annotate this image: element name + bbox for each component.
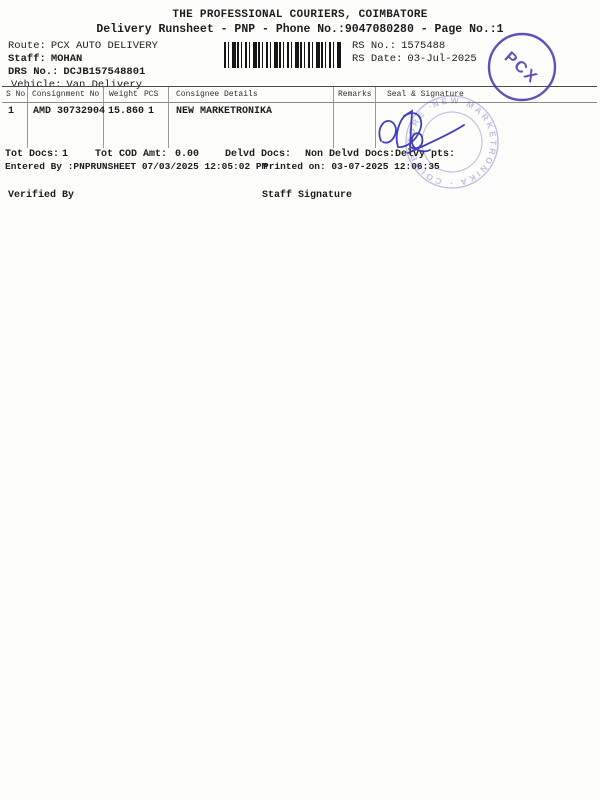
runsheet-subtitle: Delivery Runsheet - PNP - Phone No.:9047…: [0, 23, 600, 36]
col-header-seal-signature: Seal & Signature: [387, 90, 464, 99]
route-line: Route:PCX AUTO DELIVERY: [8, 40, 158, 52]
rs-no-line: RS No.:1575488: [352, 40, 445, 52]
consignment-table: S No Consignment No Weight PCS Consignee…: [2, 86, 597, 148]
staff-signature-label: Staff Signature: [262, 190, 352, 201]
tot-cod-label: Tot COD Amt:: [95, 149, 167, 160]
route-value: PCX AUTO DELIVERY: [51, 40, 158, 52]
rs-date-line: RS Date:03-Jul-2025: [352, 53, 477, 65]
col-header-weight: Weight: [109, 90, 138, 99]
col-header-s-no: S No: [6, 90, 25, 99]
printed-on-line: Printed on: 03-07-2025 12:06:35: [263, 161, 440, 172]
delivery-runsheet-document: THE PROFESSIONAL COURIERS, COIMBATORE De…: [0, 0, 600, 800]
drs-no-line: DRS No.:DCJB157548801: [8, 66, 145, 78]
row-consignment-no: AMD 30732904: [33, 106, 105, 117]
staff-label: Staff:: [8, 53, 46, 65]
row-weight: 15.860: [108, 106, 144, 117]
col-header-consignee-details: Consignee Details: [176, 90, 258, 99]
column-divider: [375, 87, 376, 148]
verified-by-label: Verified By: [8, 190, 74, 201]
delvy-pts-label: Delvy pts:: [395, 149, 455, 160]
column-divider: [168, 87, 169, 148]
header-divider: [2, 102, 597, 103]
column-divider: [333, 87, 334, 148]
entered-by-line: Entered By :PNPRUNSHEET 07/03/2025 12:05…: [5, 161, 267, 172]
row-s-no: 1: [8, 106, 14, 117]
drs-no-label: DRS No.:: [8, 66, 58, 78]
drs-no-value: DCJB157548801: [63, 66, 145, 78]
route-label: Route:: [8, 40, 46, 52]
company-title: THE PROFESSIONAL COURIERS, COIMBATORE: [0, 9, 600, 21]
tot-docs-value: 1: [62, 149, 68, 160]
column-divider: [27, 87, 28, 148]
non-delvd-docs-label: Non Delvd Docs:: [305, 149, 395, 160]
tot-docs-label: Tot Docs:: [5, 149, 59, 160]
row-consignee: NEW MARKETRONIKA: [176, 106, 272, 117]
delvd-docs-label: Delvd Docs:: [225, 149, 291, 160]
staff-line: Staff:MOHAN: [8, 53, 82, 65]
rs-date-label: RS Date:: [352, 53, 402, 65]
col-header-pcs: PCS: [144, 90, 158, 99]
staff-value: MOHAN: [51, 53, 83, 65]
col-header-consignment-no: Consignment No: [32, 90, 99, 99]
row-pcs: 1: [148, 106, 154, 117]
tot-cod-value: 0.00: [175, 149, 199, 160]
rs-no-label: RS No.:: [352, 40, 396, 52]
col-header-remarks: Remarks: [338, 90, 372, 99]
rs-no-value: 1575488: [401, 40, 445, 52]
column-divider: [103, 87, 104, 148]
pcx-stamp-text: PCX: [501, 49, 541, 88]
rs-barcode-icon: [224, 42, 342, 68]
rs-date-value: 03-Jul-2025: [407, 53, 476, 65]
